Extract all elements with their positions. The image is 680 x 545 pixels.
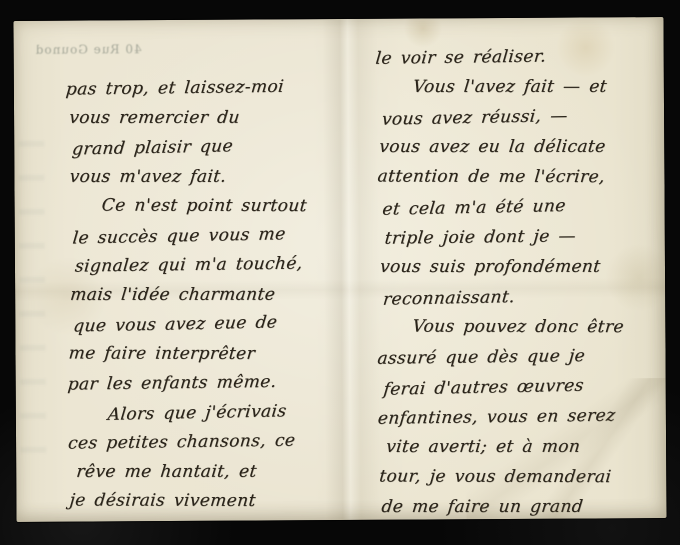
handwritten-line: vous remercier du xyxy=(68,103,346,133)
handwritten-line: grand plaisir que xyxy=(71,130,346,165)
handwritten-line: attention de me l'écrire, xyxy=(376,161,667,192)
photograph-stage: 40 Rue Gounod pas trop, et laissez-moivo… xyxy=(0,0,680,545)
handwritten-line: ferai d'autres œuvres xyxy=(382,369,670,405)
handwritten-line: Vous l'avez fait — et xyxy=(377,72,667,102)
handwritten-line: vous m'avez fait. xyxy=(68,162,346,192)
handwritten-line: vite averti; et à mon xyxy=(385,432,670,462)
letter-left-page: pas trop, et laissez-moivous remercier d… xyxy=(66,73,347,517)
handwritten-line: Ce n'est point surtout xyxy=(66,191,345,221)
handwritten-line: Alors que j'écrivais xyxy=(72,396,347,431)
handwritten-line: reconnaissant. xyxy=(381,279,669,315)
handwritten-line: enfantines, vous en serez xyxy=(376,400,669,434)
handwritten-line: mais l'idée charmante xyxy=(69,280,347,310)
handwritten-line: je désirais vivement xyxy=(68,486,347,516)
handwritten-line: me faire interprêter xyxy=(67,339,346,369)
handwritten-line: tour, je vous demanderai xyxy=(378,461,669,492)
handwritten-line: par les enfants même. xyxy=(66,367,347,400)
handwritten-line: triple joie dont je — xyxy=(383,220,668,254)
handwritten-line: vous suis profondément xyxy=(379,252,669,282)
letter-right-page: le voir se réaliser.Vous l'avez fait — e… xyxy=(376,41,669,523)
handwritten-line: vous avez réussi, — xyxy=(380,99,668,135)
handwritten-line: le succès que vous me xyxy=(71,219,346,254)
handwritten-line: que vous avez eue de xyxy=(72,307,347,342)
mirrored-letterhead-showthrough: 40 Rue Gounod xyxy=(35,42,142,57)
handwritten-line: pas trop, et laissez-moi xyxy=(64,72,345,105)
handwritten-line: vous avez eu la délicate xyxy=(378,132,668,162)
letter-paper: 40 Rue Gounod pas trop, et laissez-moivo… xyxy=(13,17,666,522)
handwritten-line: le voir se réaliser. xyxy=(374,40,667,74)
handwritten-line: ces petites chansons, ce xyxy=(67,426,348,459)
handwritten-line: assuré que dès que je xyxy=(376,340,669,374)
handwritten-line: et cela m'a été une xyxy=(381,189,669,225)
handwritten-line: Vous pouvez donc être xyxy=(377,311,668,342)
handwritten-line: signalez qui m'a touché, xyxy=(74,249,347,282)
handwritten-line: de me faire un grand xyxy=(380,492,670,522)
handwritten-line: rêve me hantait, et xyxy=(75,457,348,487)
